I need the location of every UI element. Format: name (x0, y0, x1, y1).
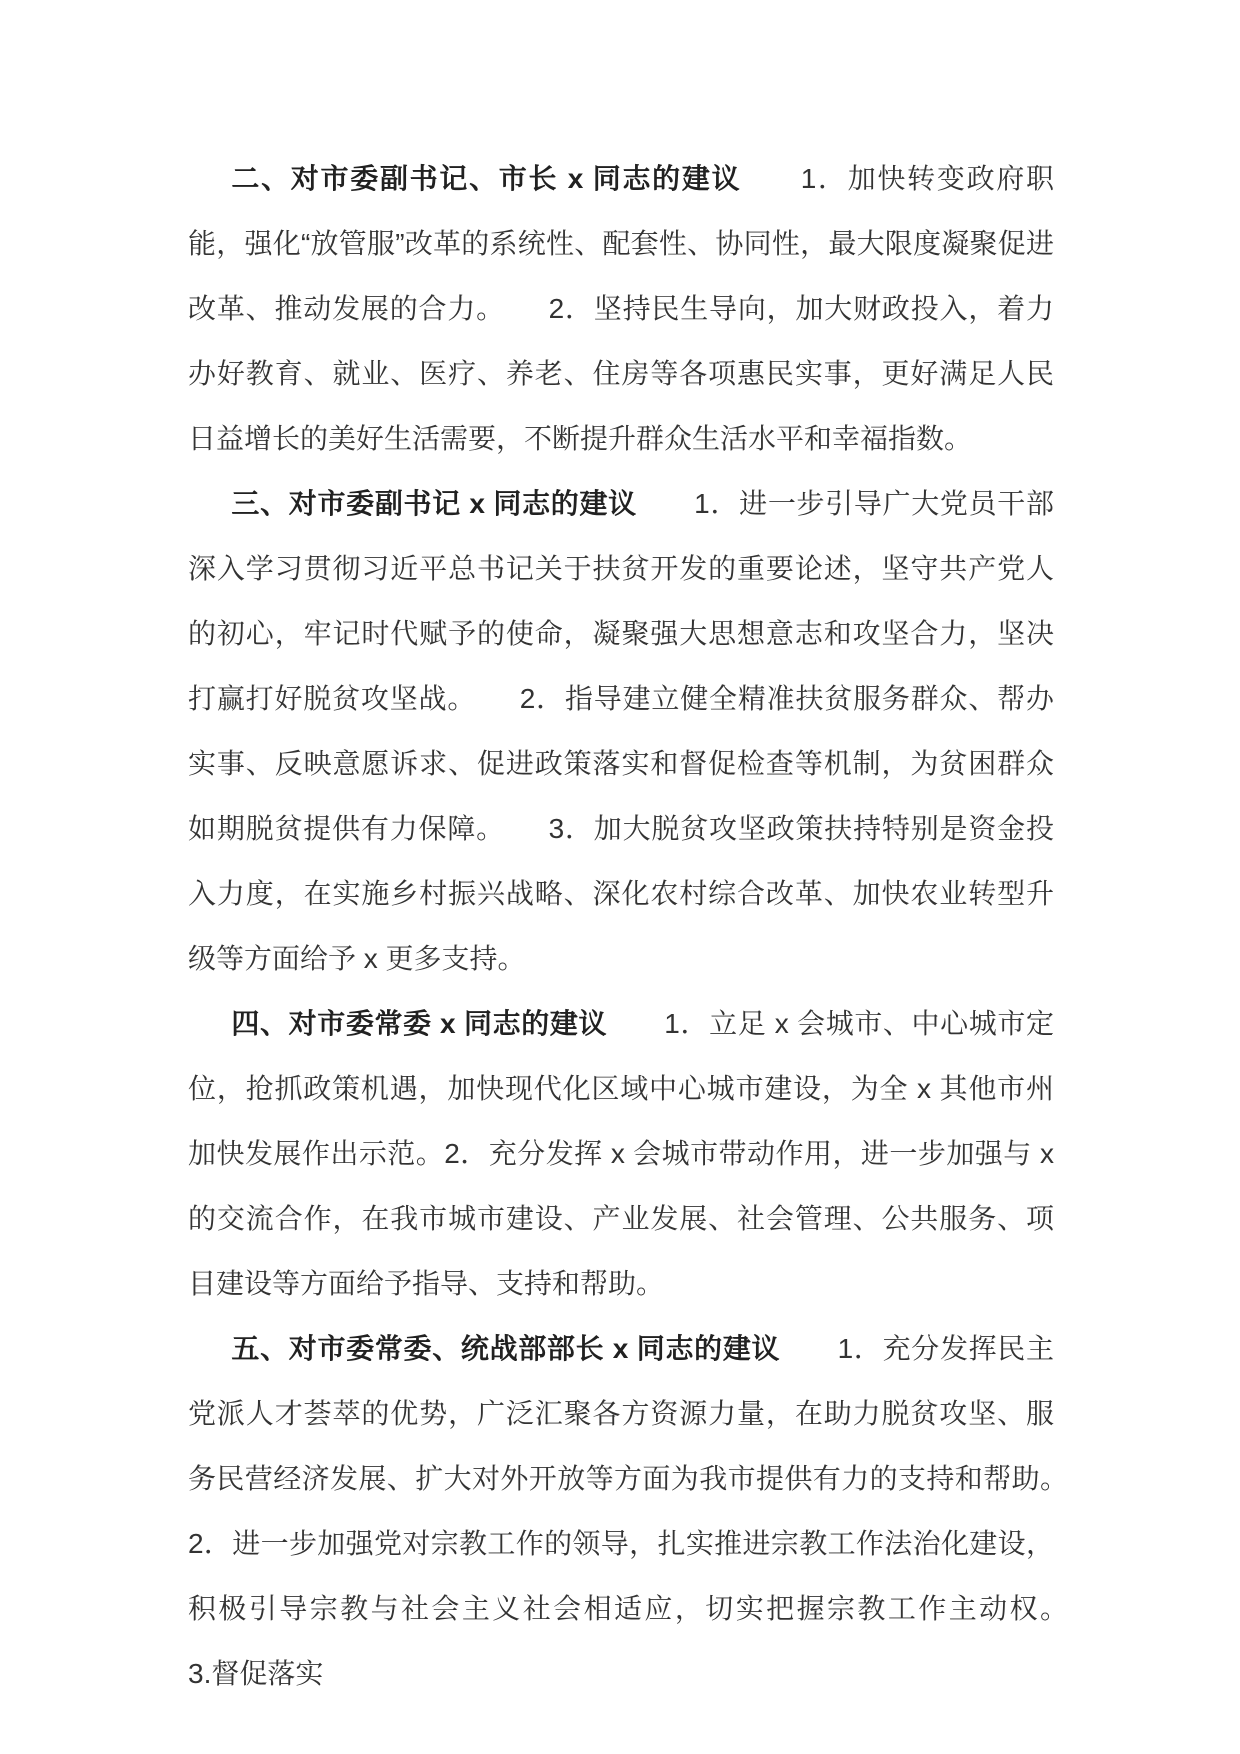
paragraph-section-2: 二、对市委副书记、市长 x 同志的建议 1．加快转变政府职能，强化“放管服”改革… (188, 146, 1054, 471)
section-heading-3: 三、对市委副书记 x 同志的建议 (231, 488, 636, 519)
section-heading-2: 二、对市委副书记、市长 x 同志的建议 (231, 163, 741, 194)
section-heading-5: 五、对市委常委、统战部部长 x 同志的建议 (231, 1333, 780, 1364)
document-page: 二、对市委副书记、市长 x 同志的建议 1．加快转变政府职能，强化“放管服”改革… (0, 0, 1240, 1754)
section-body-4: 1．立足 x 会城市、中心城市定位，抢抓政策机遇，加快现代化区域中心城市建设，为… (188, 1008, 1054, 1299)
section-body-2: 1．加快转变政府职能，强化“放管服”改革的系统性、配套性、协同性，最大限度凝聚促… (188, 163, 1054, 454)
paragraph-section-5: 五、对市委常委、统战部部长 x 同志的建议 1．充分发挥民主党派人才荟萃的优势，… (188, 1316, 1054, 1706)
section-body-3: 1．进一步引导广大党员干部深入学习贯彻习近平总书记关于扶贫开发的重要论述，坚守共… (188, 488, 1054, 974)
section-heading-4: 四、对市委常委 x 同志的建议 (231, 1008, 607, 1039)
section-body-5: 1．充分发挥民主党派人才荟萃的优势，广泛汇聚各方资源力量，在助力脱贫攻坚、服务民… (188, 1333, 1110, 1689)
paragraph-section-4: 四、对市委常委 x 同志的建议 1．立足 x 会城市、中心城市定位，抢抓政策机遇… (188, 991, 1054, 1316)
paragraph-section-3: 三、对市委副书记 x 同志的建议 1．进一步引导广大党员干部深入学习贯彻习近平总… (188, 471, 1054, 991)
